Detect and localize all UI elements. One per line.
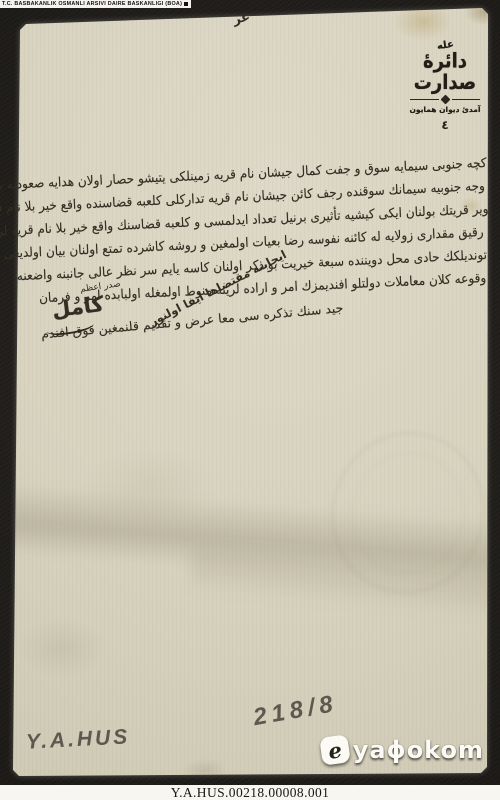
archive-header-label: T.C. BASBAKANLIK OSMANLI ARSIVI DAIRE BA… xyxy=(2,1,182,7)
watermark-logo: e yaɸokom xyxy=(321,736,484,764)
watermark-text: yaɸokom xyxy=(353,736,484,764)
manuscript-body: عر كچه جنوبى سيمايه سوق و جفت كمال جيشان… xyxy=(0,0,500,800)
reference-caption-strip: Y.A.HUS.00218.00008.001 xyxy=(0,785,500,800)
watermark-badge-icon: e xyxy=(319,734,351,766)
manuscript-top-mark: عر xyxy=(231,9,251,28)
archive-header-strip: T.C. BASBAKANLIK OSMANLI ARSIVI DAIRE BA… xyxy=(0,0,191,8)
signature: كامل xyxy=(51,292,105,322)
scanned-document-viewer: عله دائرهٔ صدارت آمدئ ديوان همايون ٤ عر … xyxy=(0,0,500,800)
reference-code: Y.A.HUS.00218.00008.001 xyxy=(171,786,330,800)
header-end-square-icon xyxy=(184,2,188,6)
